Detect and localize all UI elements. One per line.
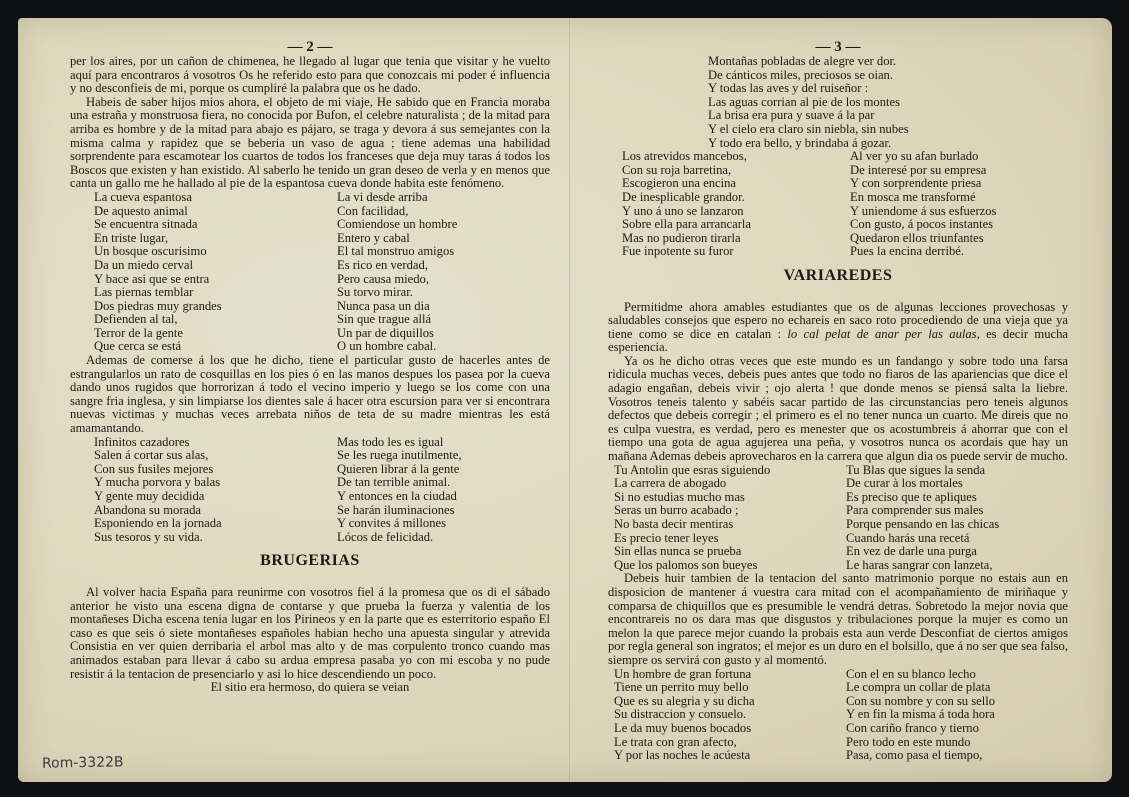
verse-column-left: Infinitos cazadoresSalen á cortar sus al…	[94, 436, 307, 545]
verse-column-right: Con el en su blanco lechoLe compra un co…	[836, 668, 1068, 763]
verse-line: Un hombre de gran fortuna	[614, 668, 836, 682]
verse-line: Y todas las aves y del ruiseñor :	[708, 82, 1068, 96]
section-title: VARIAREDES	[608, 269, 1068, 283]
paragraph: Al volver hacia España para reunirme con…	[70, 586, 550, 681]
paragraph: Habeis de saber hijos mios ahora, el obj…	[70, 96, 550, 191]
verse-line: Su torvo mirar.	[337, 286, 550, 300]
verse-line: Para comprender sus males	[846, 504, 1068, 518]
verse-line: Lócos de felicidad.	[337, 531, 550, 545]
verse-line: Las aguas corrian al pie de los montes	[708, 96, 1068, 110]
verse-line: Pasa, como pasa el tiempo,	[846, 749, 1068, 763]
page-number: — 2 —	[70, 40, 550, 54]
verse-line: Con cariño franco y tierno	[846, 722, 1068, 736]
verse-line: Y uniendome á sus esfuerzos	[850, 205, 1068, 219]
verse-line: Un bosque oscurisimo	[94, 245, 307, 259]
verse-line: De inesplicable grandor.	[622, 191, 840, 205]
verse-line: Le trata con gran afecto,	[614, 736, 836, 750]
verse-line: La cueva espantosa	[94, 191, 307, 205]
verse-line: Y todo era bello, y brindaba á gozar.	[708, 137, 1068, 151]
verse-line: El tal monstruo amigos	[337, 245, 550, 259]
paragraph: Ya os he dicho otras veces que este mund…	[608, 355, 1068, 464]
verse-line: Nunca pasa un dia	[337, 300, 550, 314]
verse-line: La brisa era pura y suave á la par	[708, 109, 1068, 123]
verse-line: Y por las noches le acúesta	[614, 749, 836, 763]
verse-column-right: Al ver yo su afan burladoDe interesé por…	[840, 150, 1068, 259]
verse-line: Con gusto, á pocos instantes	[850, 218, 1068, 232]
verse-line: Las piernas temblar	[94, 286, 307, 300]
verse-line: Tu Antolin que esras siguiendo	[614, 464, 836, 478]
verse-line: Y con sorprendente priesa	[850, 177, 1068, 191]
verse-line: Entero y cabal	[337, 232, 550, 246]
verse-line: Escogieron una encina	[622, 177, 840, 191]
verse-line: La vi desde arriba	[337, 191, 550, 205]
verse-line: Seras un burro acabado ;	[614, 504, 836, 518]
verse-block: Los atrevidos mancebos,Con su roja barre…	[608, 150, 1068, 259]
verse-line: Le haras sangrar con lanzeta,	[846, 559, 1068, 573]
verse-line: Al ver yo su afan burlado	[850, 150, 1068, 164]
verse-column-right: Mas todo les es igualSe les ruega inutil…	[307, 436, 550, 545]
verse-line: Fue inpotente su furor	[622, 245, 840, 259]
verse-line: Con su roja barretina,	[622, 164, 840, 178]
verse-line: Con sus fusiles mejores	[94, 463, 307, 477]
paragraph: Debeis huir tambien de la tentacion del …	[608, 572, 1068, 667]
verse-line: Le compra un collar de plata	[846, 681, 1068, 695]
verse-line: De aquesto animal	[94, 205, 307, 219]
center-fold	[569, 18, 571, 782]
page-number: — 3 —	[608, 40, 1068, 54]
verse-line: El sitio era hermoso, do quiera se veian	[70, 681, 550, 695]
verse-line: Dos piedras muy grandes	[94, 300, 307, 314]
verse-line: Con el en su blanco lecho	[846, 668, 1068, 682]
verse-line: Y bace asi que se entra	[94, 273, 307, 287]
verse-line: Que es su alegria y su dicha	[614, 695, 836, 709]
verse-line: Es precio tener leyes	[614, 532, 836, 546]
verse-column-left: Un hombre de gran fortunaTiene un perrit…	[614, 668, 836, 763]
paragraph: Permitidme ahora amables estudiantes que…	[608, 301, 1068, 355]
verse-line: Da un miedo cerval	[94, 259, 307, 273]
verse-line: Que los palomos son bueyes	[614, 559, 836, 573]
verse-line: De interesé por su empresa	[850, 164, 1068, 178]
verse-line: Pero causa miedo,	[337, 273, 550, 287]
verse-block: La cueva espantosaDe aquesto animalSe en…	[70, 191, 550, 354]
verse-line: Pues la encina derribé.	[850, 245, 1068, 259]
verse-column-left: Los atrevidos mancebos,Con su roja barre…	[622, 150, 840, 259]
verse-line: Y convites á millones	[337, 517, 550, 531]
verse-line: Pero todo en este mundo	[846, 736, 1068, 750]
verse-line: O un hombre cabal.	[337, 340, 550, 354]
verse-block: Infinitos cazadoresSalen á cortar sus al…	[70, 436, 550, 545]
verse-column-right: La vi desde arribaCon facilidad,Comiendo…	[307, 191, 550, 354]
verse-line: De curar à los mortales	[846, 477, 1068, 491]
verse-line: Es rico en verdad,	[337, 259, 550, 273]
verse-line: Salen á cortar sus alas,	[94, 449, 307, 463]
verse-line: Y en fin la misma á toda hora	[846, 708, 1068, 722]
verse-line: En triste lugar,	[94, 232, 307, 246]
verse-line: Tu Blas que sigues la senda	[846, 464, 1068, 478]
verse-line: Con su nombre y con su sello	[846, 695, 1068, 709]
verse-line: Quieren librar á la gente	[337, 463, 550, 477]
verse-line: Sin ellas nunca se prueba	[614, 545, 836, 559]
verse-column-right: Tu Blas que sigues la sendaDe curar à lo…	[836, 464, 1068, 573]
verse-line: La carrera de abogado	[614, 477, 836, 491]
verse-line: Y gente muy decidida	[94, 490, 307, 504]
paragraph: per los aires, por un cañon de chimenea,…	[70, 55, 550, 96]
verse-line: Y mucha porvora y balas	[94, 476, 307, 490]
verse-line: En mosca me transformé	[850, 191, 1068, 205]
verse-line: Y el cielo era claro sin niebla, sin nub…	[708, 123, 1068, 137]
verse-line: Que cerca se está	[94, 340, 307, 354]
verse-line: Quedaron ellos triunfantes	[850, 232, 1068, 246]
italic-quote: lo cal pelat de anar per las aulas,	[787, 327, 979, 341]
verse-line: Tiene un perrito muy bello	[614, 681, 836, 695]
verse-line: Sobre ella para arrancarla	[622, 218, 840, 232]
verse-line: Abandona su morada	[94, 504, 307, 518]
verse-line: Y uno á uno se lanzaron	[622, 205, 840, 219]
opening-verse: Montañas pobladas de alegre ver dor.De c…	[608, 55, 1068, 150]
left-page: — 2 — per los aires, por un cañon de chi…	[70, 40, 550, 695]
verse-line: Montañas pobladas de alegre ver dor.	[708, 55, 1068, 69]
verse-line: Se encuentra sitnada	[94, 218, 307, 232]
verse-line: De cánticos miles, preciosos se oian.	[708, 69, 1068, 83]
verse-line: Un par de diquillos	[337, 327, 550, 341]
verse-line: Mas no pudieron tirarla	[622, 232, 840, 246]
verse-line: Sin que trague allá	[337, 313, 550, 327]
verse-line: Comiendose un hombre	[337, 218, 550, 232]
right-page: — 3 — Montañas pobladas de alegre ver do…	[608, 40, 1068, 763]
verse-column-left: La cueva espantosaDe aquesto animalSe en…	[94, 191, 307, 354]
verse-line: Infinitos cazadores	[94, 436, 307, 450]
verse-line: Defienden al tal,	[94, 313, 307, 327]
verse-line: Se harán iluminaciones	[337, 504, 550, 518]
verse-line: Mas todo les es igual	[337, 436, 550, 450]
verse-line: Esponiendo en la jornada	[94, 517, 307, 531]
verse-column-left: Tu Antolin que esras siguiendoLa carrera…	[614, 464, 836, 573]
verse-line: De tan terrible animal.	[337, 476, 550, 490]
verse-line: Se les ruega inutilmente,	[337, 449, 550, 463]
verse-line: Con facilidad,	[337, 205, 550, 219]
section-title: BRUGERIAS	[70, 554, 550, 568]
verse-line: Es preciso que te apliques	[846, 491, 1068, 505]
archive-label: Rom-3322B	[42, 754, 124, 771]
verse-line: Los atrevidos mancebos,	[622, 150, 840, 164]
verse-line: No basta decir mentiras	[614, 518, 836, 532]
verse-line: Le da muy buenos bocados	[614, 722, 836, 736]
verse-line: Su distraccion y consuelo.	[614, 708, 836, 722]
verse-line: En vez de darle una purga	[846, 545, 1068, 559]
verse-line: Sus tesoros y su vida.	[94, 531, 307, 545]
verse-line: Y entonces en la ciudad	[337, 490, 550, 504]
verse-line: Porque pensando en las chicas	[846, 518, 1068, 532]
verse-line: Si no estudias mucho mas	[614, 491, 836, 505]
verse-block: Tu Antolin que esras siguiendoLa carrera…	[608, 464, 1068, 573]
verse-line: Cuando harás una recetá	[846, 532, 1068, 546]
paragraph: Ademas de comerse á los que he dicho, ti…	[70, 354, 550, 436]
verse-line: Terror de la gente	[94, 327, 307, 341]
verse-block: Un hombre de gran fortunaTiene un perrit…	[608, 668, 1068, 763]
